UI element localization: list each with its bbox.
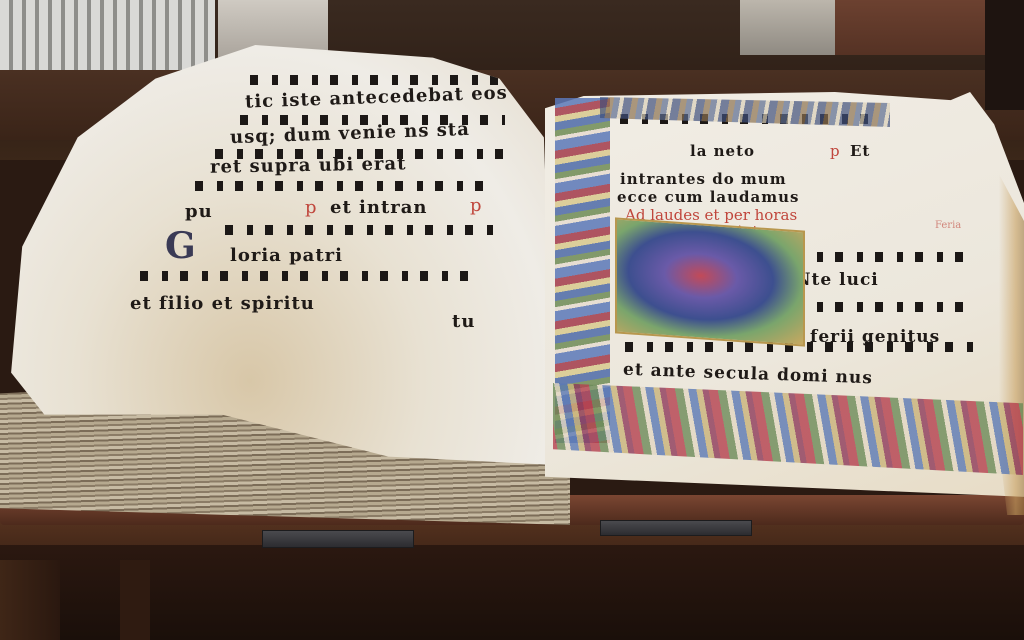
chant-text-line: intrantes do mum (620, 170, 787, 188)
rubric-mark: p (470, 195, 482, 216)
chant-text-line: la neto (690, 142, 755, 160)
metal-clasp (600, 520, 752, 536)
margin-note: Feria (935, 220, 961, 231)
chant-text-line: loria patri (230, 245, 343, 266)
chant-text-line: ret supra ubi erat (210, 153, 407, 177)
chant-neumes (195, 181, 495, 191)
historiated-initial-miniature (615, 217, 805, 346)
lectern-apron (0, 545, 1024, 640)
chant-text-line: ecce cum laudamus (617, 188, 799, 206)
metal-clasp (262, 530, 414, 548)
rubric-mark: p (305, 197, 317, 218)
chant-text-line: et intran (330, 197, 428, 218)
chant-text-line: Et (850, 142, 870, 160)
chant-text-line: Nte luci (795, 270, 879, 290)
chant-neumes (140, 271, 480, 281)
chant-text-line: tic iste antecedebat eos (245, 82, 508, 112)
chant-text-line: pu (185, 201, 213, 222)
stone-column-right (740, 0, 835, 55)
chant-text-line: et ante secula domi nus (623, 360, 873, 389)
decorated-initial: G (165, 225, 196, 267)
chant-neumes (225, 225, 495, 235)
chant-text-line: et filio et spiritu (130, 293, 315, 314)
dark-corner (985, 0, 1024, 110)
chant-neumes (625, 342, 985, 352)
table-leg (120, 560, 150, 640)
chant-neumes (795, 252, 975, 262)
radiator (0, 0, 215, 76)
wooden-beam (835, 0, 985, 55)
rubric-mark: p (830, 142, 840, 160)
chant-neumes (795, 302, 975, 312)
table-leg (0, 560, 60, 640)
chant-text-line: tu (452, 311, 475, 332)
